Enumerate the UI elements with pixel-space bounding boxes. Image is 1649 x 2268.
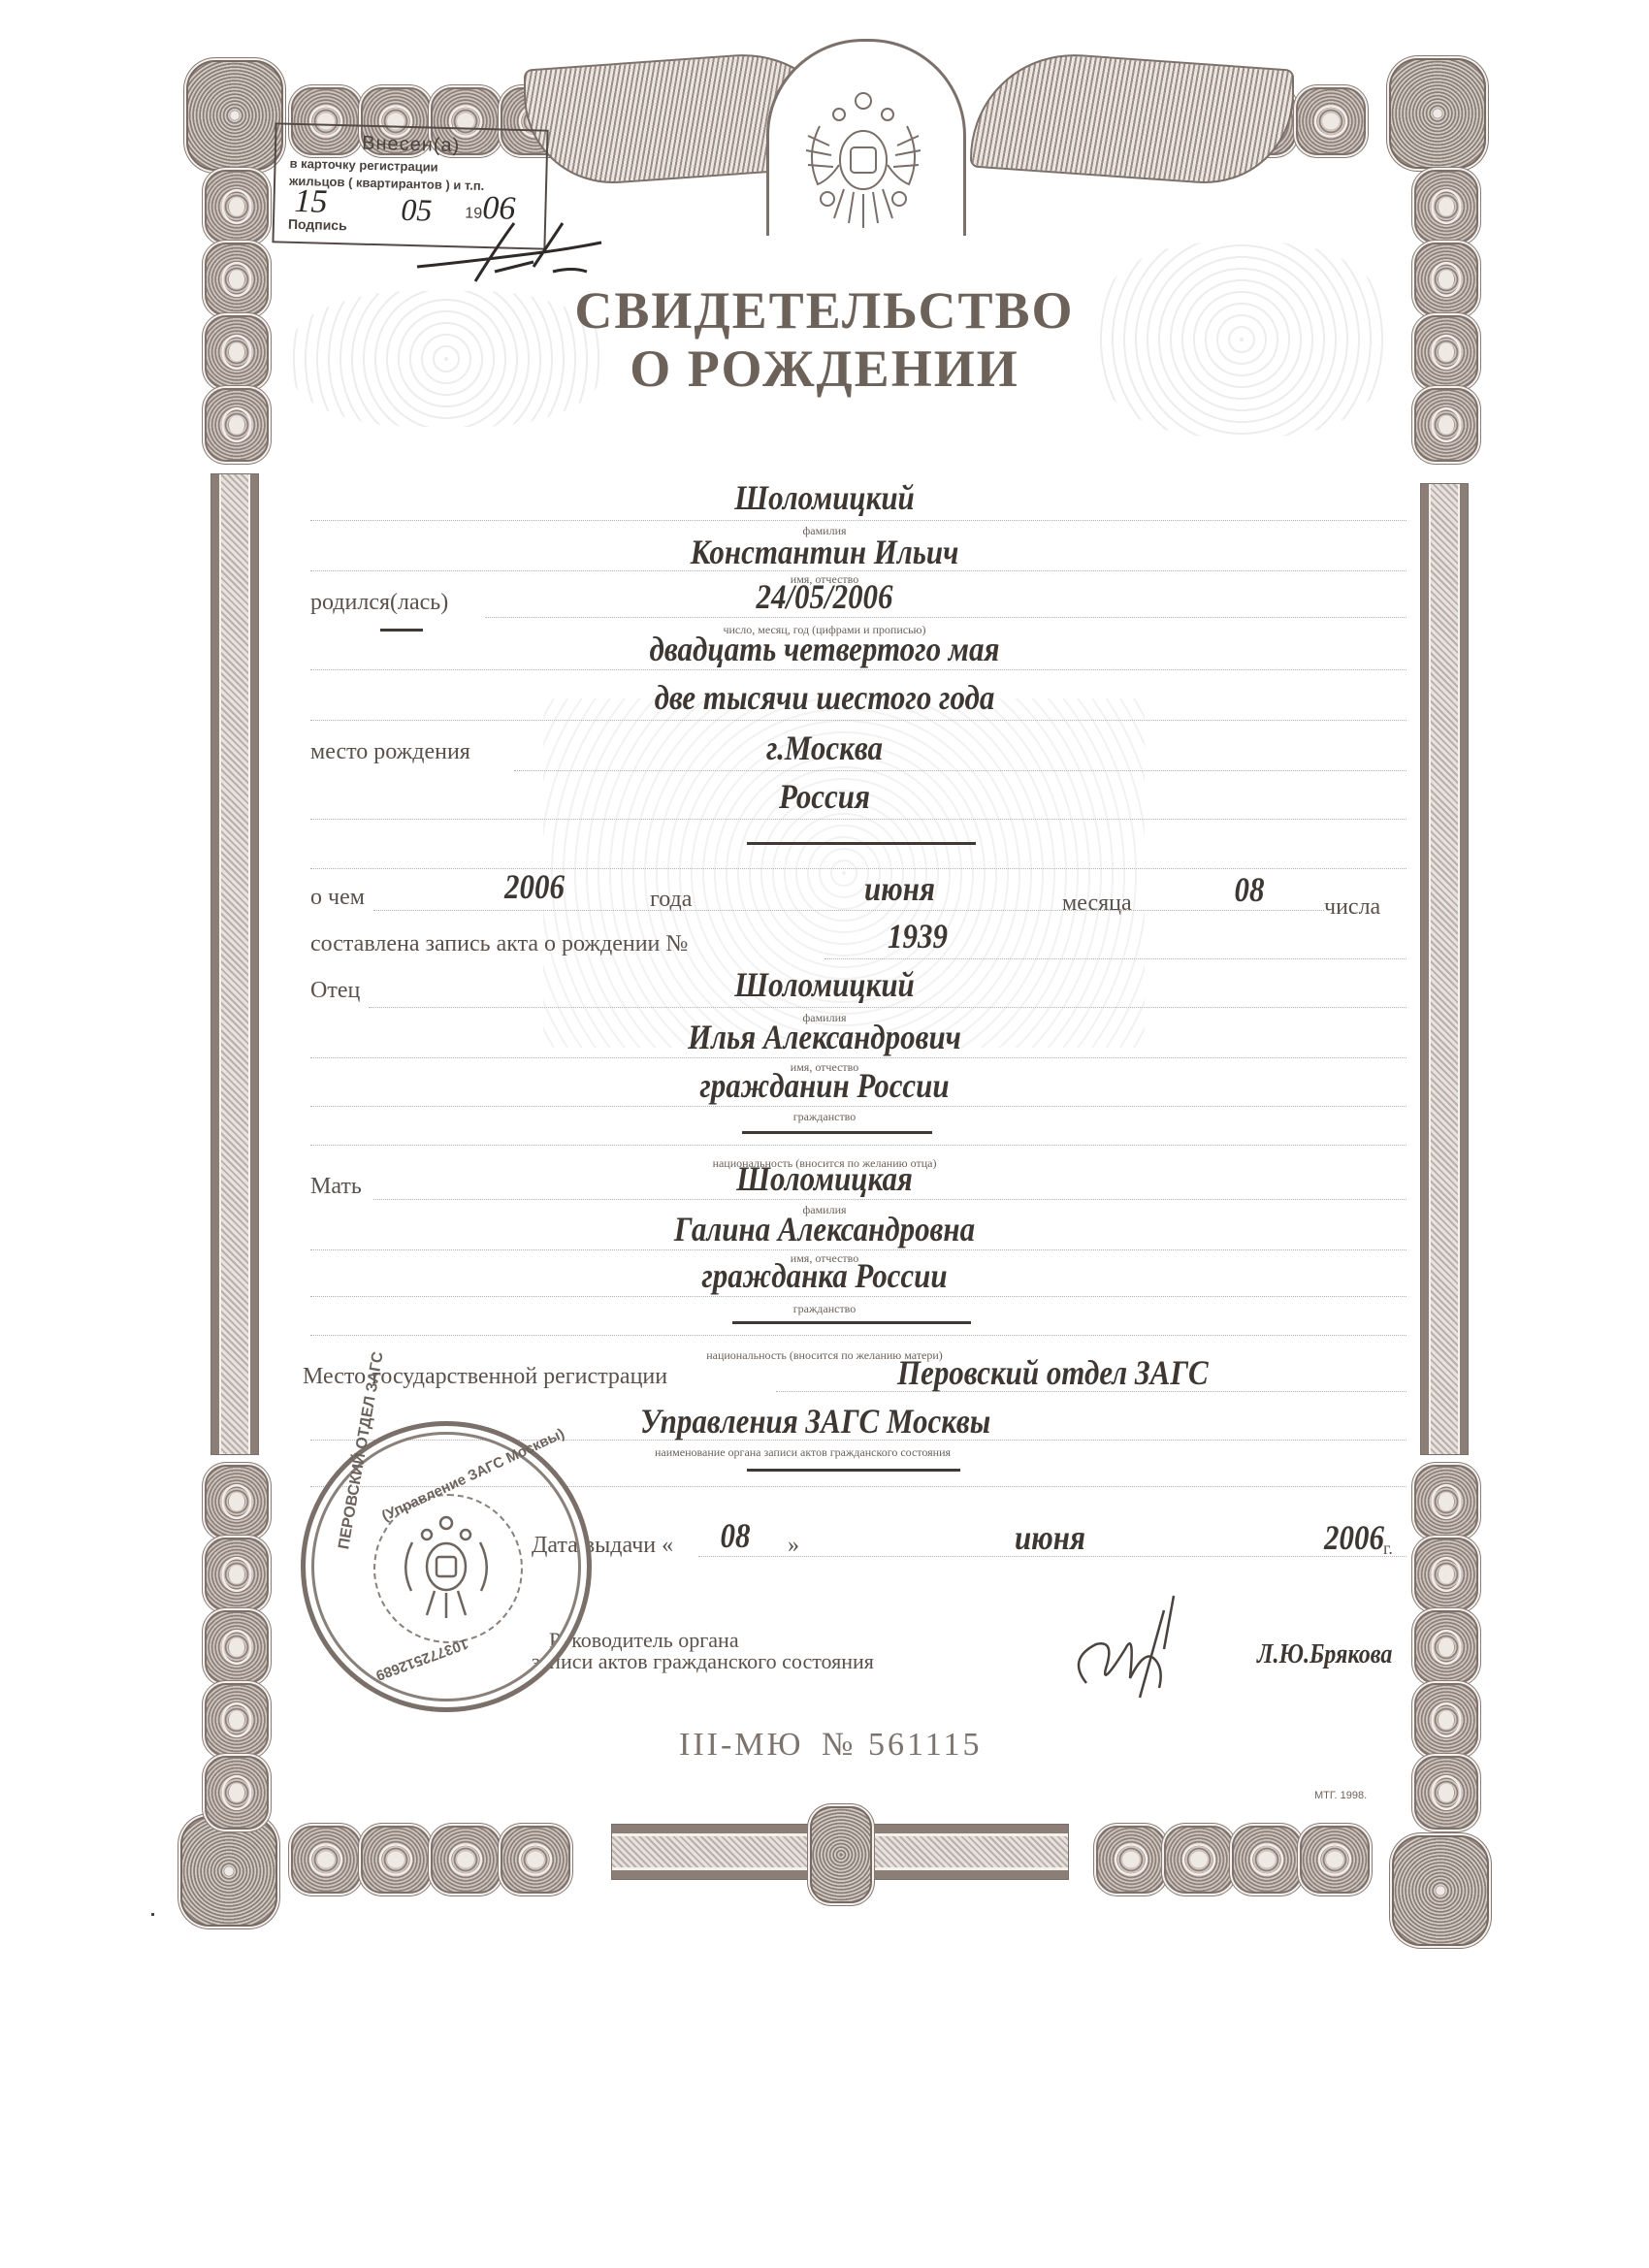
field-line [776, 1391, 1406, 1392]
field-line [824, 958, 1406, 959]
certificate-series: III-МЮ [679, 1727, 803, 1764]
field-line [310, 1145, 1406, 1146]
field-line [310, 819, 1406, 820]
certificate-number: 561115 [868, 1727, 982, 1764]
record-year-label: года [650, 887, 692, 913]
birth-date-words-line2: две тысячи шестого года [357, 677, 1291, 718]
field-line [310, 1296, 1406, 1297]
birthplace-city: г.Москва [357, 728, 1291, 768]
field-line [310, 1335, 1406, 1336]
border-medallion [1414, 1465, 1478, 1539]
border-corner-top-right [1389, 58, 1486, 169]
field-line [698, 1556, 1406, 1557]
border-medallion [1096, 1826, 1166, 1894]
border-right-bar [1420, 483, 1469, 1455]
border-corner-bottom-left [180, 1816, 277, 1927]
official-seal: Управление записи актов гражданского сос… [301, 1421, 592, 1712]
border-corner-top-left [186, 60, 283, 171]
child-name-patronymic: Константин Ильич [357, 532, 1291, 572]
certificate-number-sign: № [822, 1727, 856, 1764]
record-day-label: числа [1324, 894, 1380, 921]
stamp-signature-label: Подпись [288, 216, 347, 234]
field-line [373, 1199, 1406, 1200]
mother-name-patronymic: Галина Александровна [357, 1209, 1291, 1249]
issue-year: 2006 [1324, 1517, 1384, 1558]
border-medallion [1164, 1826, 1234, 1894]
section-divider [747, 842, 976, 845]
border-medallion [1414, 388, 1478, 462]
section-divider [747, 1469, 960, 1472]
border-medallion [361, 1826, 431, 1894]
double-headed-eagle-icon [795, 87, 931, 233]
mother-label: Мать [310, 1174, 362, 1200]
border-medallion [1414, 1756, 1478, 1830]
issue-day: 08 [721, 1515, 751, 1556]
printer-mark: МТГ. 1998. [1314, 1790, 1367, 1801]
border-medallion [431, 1826, 501, 1894]
seal-numbers: 103772512689 [373, 1635, 470, 1683]
stamp-date-day: 15 [294, 183, 328, 221]
seal-eagle-icon [398, 1513, 495, 1620]
border-medallion [1414, 1683, 1478, 1757]
border-medallion [1414, 1610, 1478, 1684]
scan-speck [151, 1913, 154, 1916]
field-line [485, 617, 1406, 618]
issue-quote-close: » [788, 1533, 799, 1559]
issue-month: июня [1015, 1517, 1085, 1558]
border-medallion [1232, 1826, 1302, 1894]
border-bottom-center-medallion [810, 1806, 872, 1903]
birthplace-country: Россия [357, 776, 1291, 817]
father-nationality-field [742, 1131, 932, 1134]
record-month: июня [864, 868, 935, 909]
record-number-label: составлена запись акта о рождении № [310, 931, 688, 957]
border-medallion [205, 1465, 269, 1539]
field-line [373, 910, 1324, 911]
head-name: Л.Ю.Брякова [1257, 1639, 1392, 1670]
border-medallion [205, 1610, 269, 1684]
record-about-label: о чем [310, 885, 365, 911]
birth-date-words-line1: двадцать четвертого мая [357, 629, 1291, 669]
emblem-right-wing-ribbon [970, 47, 1294, 189]
document-title-line2: О РОЖДЕНИИ [0, 340, 1649, 398]
registration-place-line1: Перовский отдел ЗАГС [897, 1352, 1209, 1393]
registration-place-line2: Управления ЗАГС Москвы [640, 1401, 990, 1442]
field-line [310, 669, 1406, 670]
mother-surname: Шоломицкая [357, 1158, 1291, 1199]
record-day: 08 [1235, 869, 1265, 910]
record-year: 2006 [504, 866, 565, 907]
mother-citizenship: гражданка России [357, 1255, 1291, 1296]
father-label: Отец [310, 978, 360, 1004]
field-line [310, 1106, 1406, 1107]
registration-place-hint: наименование органа записи актов граждан… [655, 1445, 951, 1460]
record-month-label: месяца [1062, 891, 1132, 917]
head-label-line2: записи актов гражданского состояния [532, 1649, 874, 1674]
field-line [369, 1007, 1406, 1008]
field-line [514, 770, 1406, 771]
child-surname: Шоломицкий [357, 477, 1291, 518]
stamp-line: в карточку регистрации [289, 156, 437, 175]
border-medallion [205, 388, 269, 462]
border-medallion [501, 1826, 570, 1894]
stamp-title: Внесен(а) [362, 133, 461, 158]
border-left-bar [210, 473, 259, 1455]
mother-nationality-field [732, 1321, 971, 1324]
border-medallion [205, 1756, 269, 1830]
birth-date-digits: 24/05/2006 [357, 576, 1291, 617]
border-medallion [1414, 1538, 1478, 1611]
document-title-line1: СВИДЕТЕЛЬСТВО [0, 281, 1649, 340]
border-medallion [291, 1826, 361, 1894]
border-medallion [1300, 1826, 1370, 1894]
field-line [310, 520, 1406, 521]
field-line [310, 570, 1406, 571]
border-medallion [205, 170, 269, 243]
record-number: 1939 [888, 916, 948, 956]
mother-citizenship-hint: гражданство [281, 1302, 1368, 1316]
registration-place-label: Место государственной регистрации [303, 1364, 667, 1390]
border-corner-bottom-right [1392, 1835, 1489, 1946]
father-name-patronymic: Илья Александрович [357, 1017, 1291, 1057]
head-signature-icon [1057, 1591, 1222, 1712]
field-line [310, 1057, 1406, 1058]
border-medallion [1296, 87, 1366, 155]
field-line [310, 720, 1406, 721]
father-citizenship: гражданин России [357, 1065, 1291, 1106]
border-medallion [205, 1538, 269, 1611]
field-line [310, 1249, 1406, 1250]
father-surname: Шоломицкий [357, 964, 1291, 1005]
border-medallion [205, 1683, 269, 1757]
father-citizenship-hint: гражданство [281, 1110, 1368, 1124]
border-medallion [1414, 170, 1478, 243]
